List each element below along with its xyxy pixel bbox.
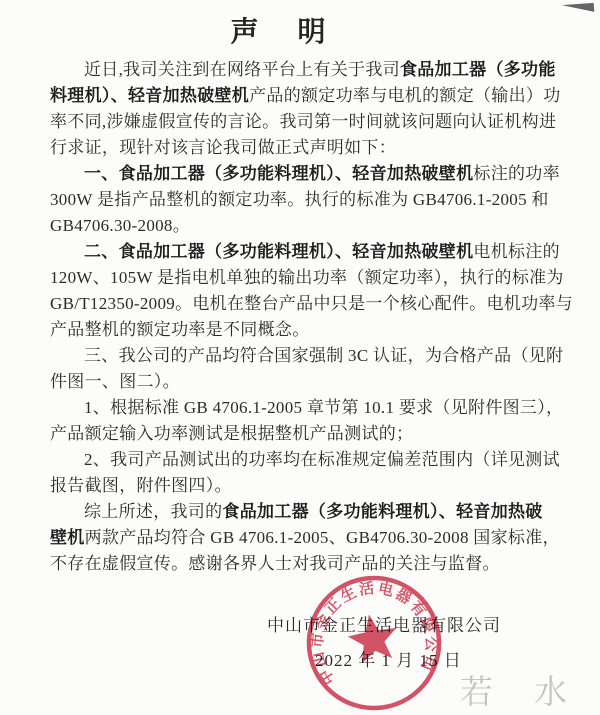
document-line: 产品额定输入功率测试是根据整机产品测试的； bbox=[50, 421, 570, 447]
document-line: 率不同,涉嫌虚假宣传的言论。我司第一时间就该问题向认证机构进 bbox=[50, 109, 570, 135]
text-run: 率不同,涉嫌虚假宣传的言论。我司第一时间就该问题向认证机构进 bbox=[50, 112, 556, 131]
document-line: 报告截图，附件图四）。 bbox=[50, 473, 570, 499]
star-icon bbox=[345, 610, 402, 665]
text-run: 行求证，现针对该言论我司做正式声明如下： bbox=[50, 138, 396, 157]
text-run: 三、我公司的产品均符合国家强制 3C 认证，为合格产品（见附 bbox=[84, 346, 563, 365]
bold-text-run: 食品加工器（多功能 bbox=[400, 60, 556, 79]
watermark-text: 若 水 网 bbox=[460, 673, 600, 710]
text-run: GB/T12350-2009。电机在整台产品中只是一个核心配件。电机功率与 bbox=[50, 294, 573, 313]
text-run: 件图一、图二）。 bbox=[50, 372, 180, 391]
text-run: 产品整机的额定功率是不同概念。 bbox=[50, 320, 310, 339]
text-run: GB4706.30-2008。 bbox=[50, 216, 190, 235]
document-title: 声 明 bbox=[0, 10, 572, 50]
document-line: GB4706.30-2008。 bbox=[50, 213, 570, 239]
document-line: 壁机两款产品均符合 GB 4706.1-2005、GB4706.30-2008 … bbox=[50, 525, 570, 551]
text-run: 300W 是指产品整机的额定功率。执行的标准为 GB4706.1-2005 和 bbox=[50, 190, 549, 209]
document-line: 300W 是指产品整机的额定功率。执行的标准为 GB4706.1-2005 和 bbox=[50, 187, 570, 213]
text-run: 标注的功率 bbox=[473, 164, 560, 183]
text-run: 两款产品均符合 GB 4706.1-2005、GB4706.30-2008 国家… bbox=[85, 528, 560, 547]
text-run: 电机标注的 bbox=[473, 242, 560, 261]
document-line: 综上所述，我司的食品加工器（多功能料理机）、轻音加热破 bbox=[50, 499, 570, 525]
text-run: 120W、105W 是指电机单独的输出功率（额定功率），执行的标准为 bbox=[50, 268, 564, 287]
watermark-ruoshui: 若 水 网 bbox=[460, 666, 600, 715]
bold-text-run: 壁机 bbox=[50, 528, 85, 547]
bold-text-run: 一、食品加工器（多功能料理机）、轻音加热破壁机 bbox=[84, 164, 473, 183]
document-line: 产品整机的额定功率是不同概念。 bbox=[50, 317, 570, 343]
document-line: 一、食品加工器（多功能料理机）、轻音加热破壁机标注的功率 bbox=[50, 161, 570, 187]
text-run: 报告截图，附件图四）。 bbox=[50, 476, 232, 495]
text-run: 1、根据标准 GB 4706.1-2005 章节第 10.1 要求（见附件图三）… bbox=[84, 398, 563, 417]
document-line: 行求证，现针对该言论我司做正式声明如下： bbox=[50, 135, 570, 161]
bold-text-run: 食品加工器（多功能料理机）、轻音加热破 bbox=[222, 502, 542, 521]
document-line: 120W、105W 是指电机单独的输出功率（额定功率），执行的标准为 bbox=[50, 265, 570, 291]
document-line: 近日,我司关注到在网络平台上有关于我司食品加工器（多功能 bbox=[50, 57, 570, 83]
document-line: GB/T12350-2009。电机在整台产品中只是一个核心配件。电机功率与 bbox=[50, 291, 570, 317]
document-line: 三、我公司的产品均符合国家强制 3C 认证，为合格产品（见附 bbox=[50, 343, 570, 369]
document-line: 二、食品加工器（多功能料理机）、轻音加热破壁机电机标注的 bbox=[50, 239, 570, 265]
document-line: 1、根据标准 GB 4706.1-2005 章节第 10.1 要求（见附件图三）… bbox=[50, 395, 570, 421]
document-body: 近日,我司关注到在网络平台上有关于我司食品加工器（多功能料理机）、轻音加热破壁机… bbox=[50, 57, 570, 577]
scanned-statement-document: 声 明 近日,我司关注到在网络平台上有关于我司食品加工器（多功能料理机）、轻音加… bbox=[0, 0, 600, 715]
document-line: 2、我司产品测试出的功率均在标准规定偏差范围内（详见测试 bbox=[50, 447, 570, 473]
bold-text-run: 二、食品加工器（多功能料理机）、轻音加热破壁机 bbox=[84, 242, 473, 261]
company-seal-stamp: 中山市金正生活电器有限公司 bbox=[299, 568, 449, 715]
document-line: 料理机）、轻音加热破壁机产品的额定功率与电机的额定（输出）功 bbox=[50, 83, 570, 109]
bold-text-run: 料理机）、轻音加热破壁机 bbox=[50, 86, 249, 105]
text-run: 2、我司产品测试出的功率均在标准规定偏差范围内（详见测试 bbox=[84, 450, 560, 469]
text-run: 近日,我司关注到在网络平台上有关于我司 bbox=[84, 60, 400, 79]
text-run: 产品的额定功率与电机的额定（输出）功 bbox=[249, 86, 560, 105]
document-line: 件图一、图二）。 bbox=[50, 369, 570, 395]
text-run: 综上所述，我司的 bbox=[84, 502, 222, 521]
text-run: 产品额定输入功率测试是根据整机产品测试的； bbox=[50, 424, 413, 443]
